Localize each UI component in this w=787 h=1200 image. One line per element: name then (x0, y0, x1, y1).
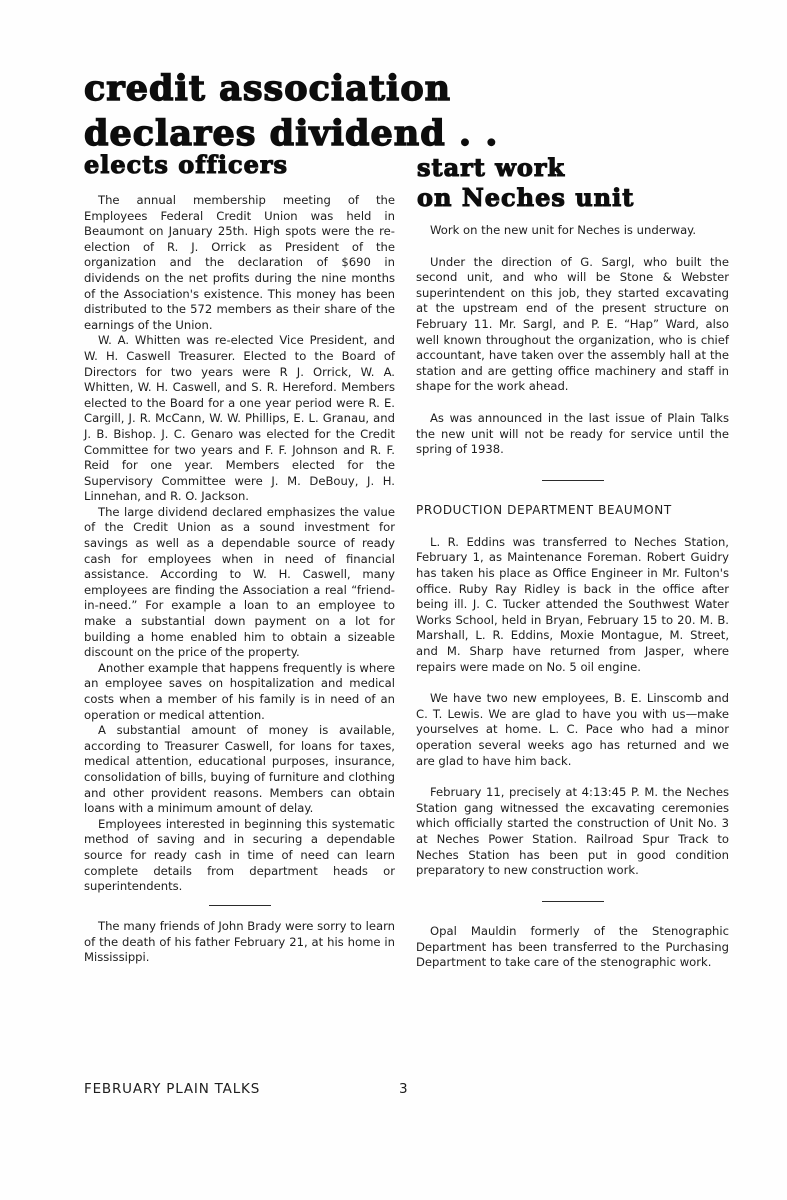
article-paragraph: W. A. Whitten was re-elected Vice Presid… (84, 333, 395, 505)
article-paragraph: A substantial amount of money is availab… (84, 723, 395, 817)
production-paragraph: L. R. Eddins was transferred to Neches S… (416, 535, 729, 675)
section-divider (542, 901, 604, 903)
production-section-heading: PRODUCTION DEPARTMENT BEAUMONT (416, 503, 729, 519)
section-divider (542, 480, 604, 482)
article-paragraph: The annual membership meeting of the Emp… (84, 193, 395, 333)
right-headline-line-2: on Neches unit (417, 183, 737, 213)
left-article-subhead: elects officers (84, 150, 288, 180)
article-paragraph: Work on the new unit for Neches is under… (416, 223, 729, 239)
right-article-headline: start work on Neches unit (417, 153, 737, 213)
article-paragraph: Under the direction of G. Sargl, who bui… (416, 255, 729, 395)
article-paragraph: The large dividend declared emphasizes t… (84, 505, 395, 661)
main-headline-line-1: credit association (84, 66, 524, 111)
production-paragraph: We have two new employees, B. E. Linscom… (416, 691, 729, 769)
left-column: The annual membership meeting of the Emp… (84, 193, 395, 966)
article-paragraph: As was announced in the last issue of Pl… (416, 411, 729, 458)
article-paragraph: Employees interested in beginning this s… (84, 817, 395, 895)
main-headline: credit association declares dividend . . (84, 66, 524, 156)
section-divider (209, 905, 271, 907)
brady-note: The many friends of John Brady were sorr… (84, 919, 395, 966)
right-column: Work on the new unit for Neches is under… (416, 223, 729, 987)
article-paragraph: Another example that happens frequently … (84, 661, 395, 723)
page-number: 3 (399, 1081, 408, 1097)
mauldin-note: Opal Mauldin formerly of the Stenographi… (416, 924, 729, 971)
right-headline-line-1: start work (417, 153, 737, 183)
publication-footer: FEBRUARY PLAIN TALKS (84, 1081, 260, 1097)
production-paragraph: February 11, precisely at 4:13:45 P. M. … (416, 785, 729, 879)
